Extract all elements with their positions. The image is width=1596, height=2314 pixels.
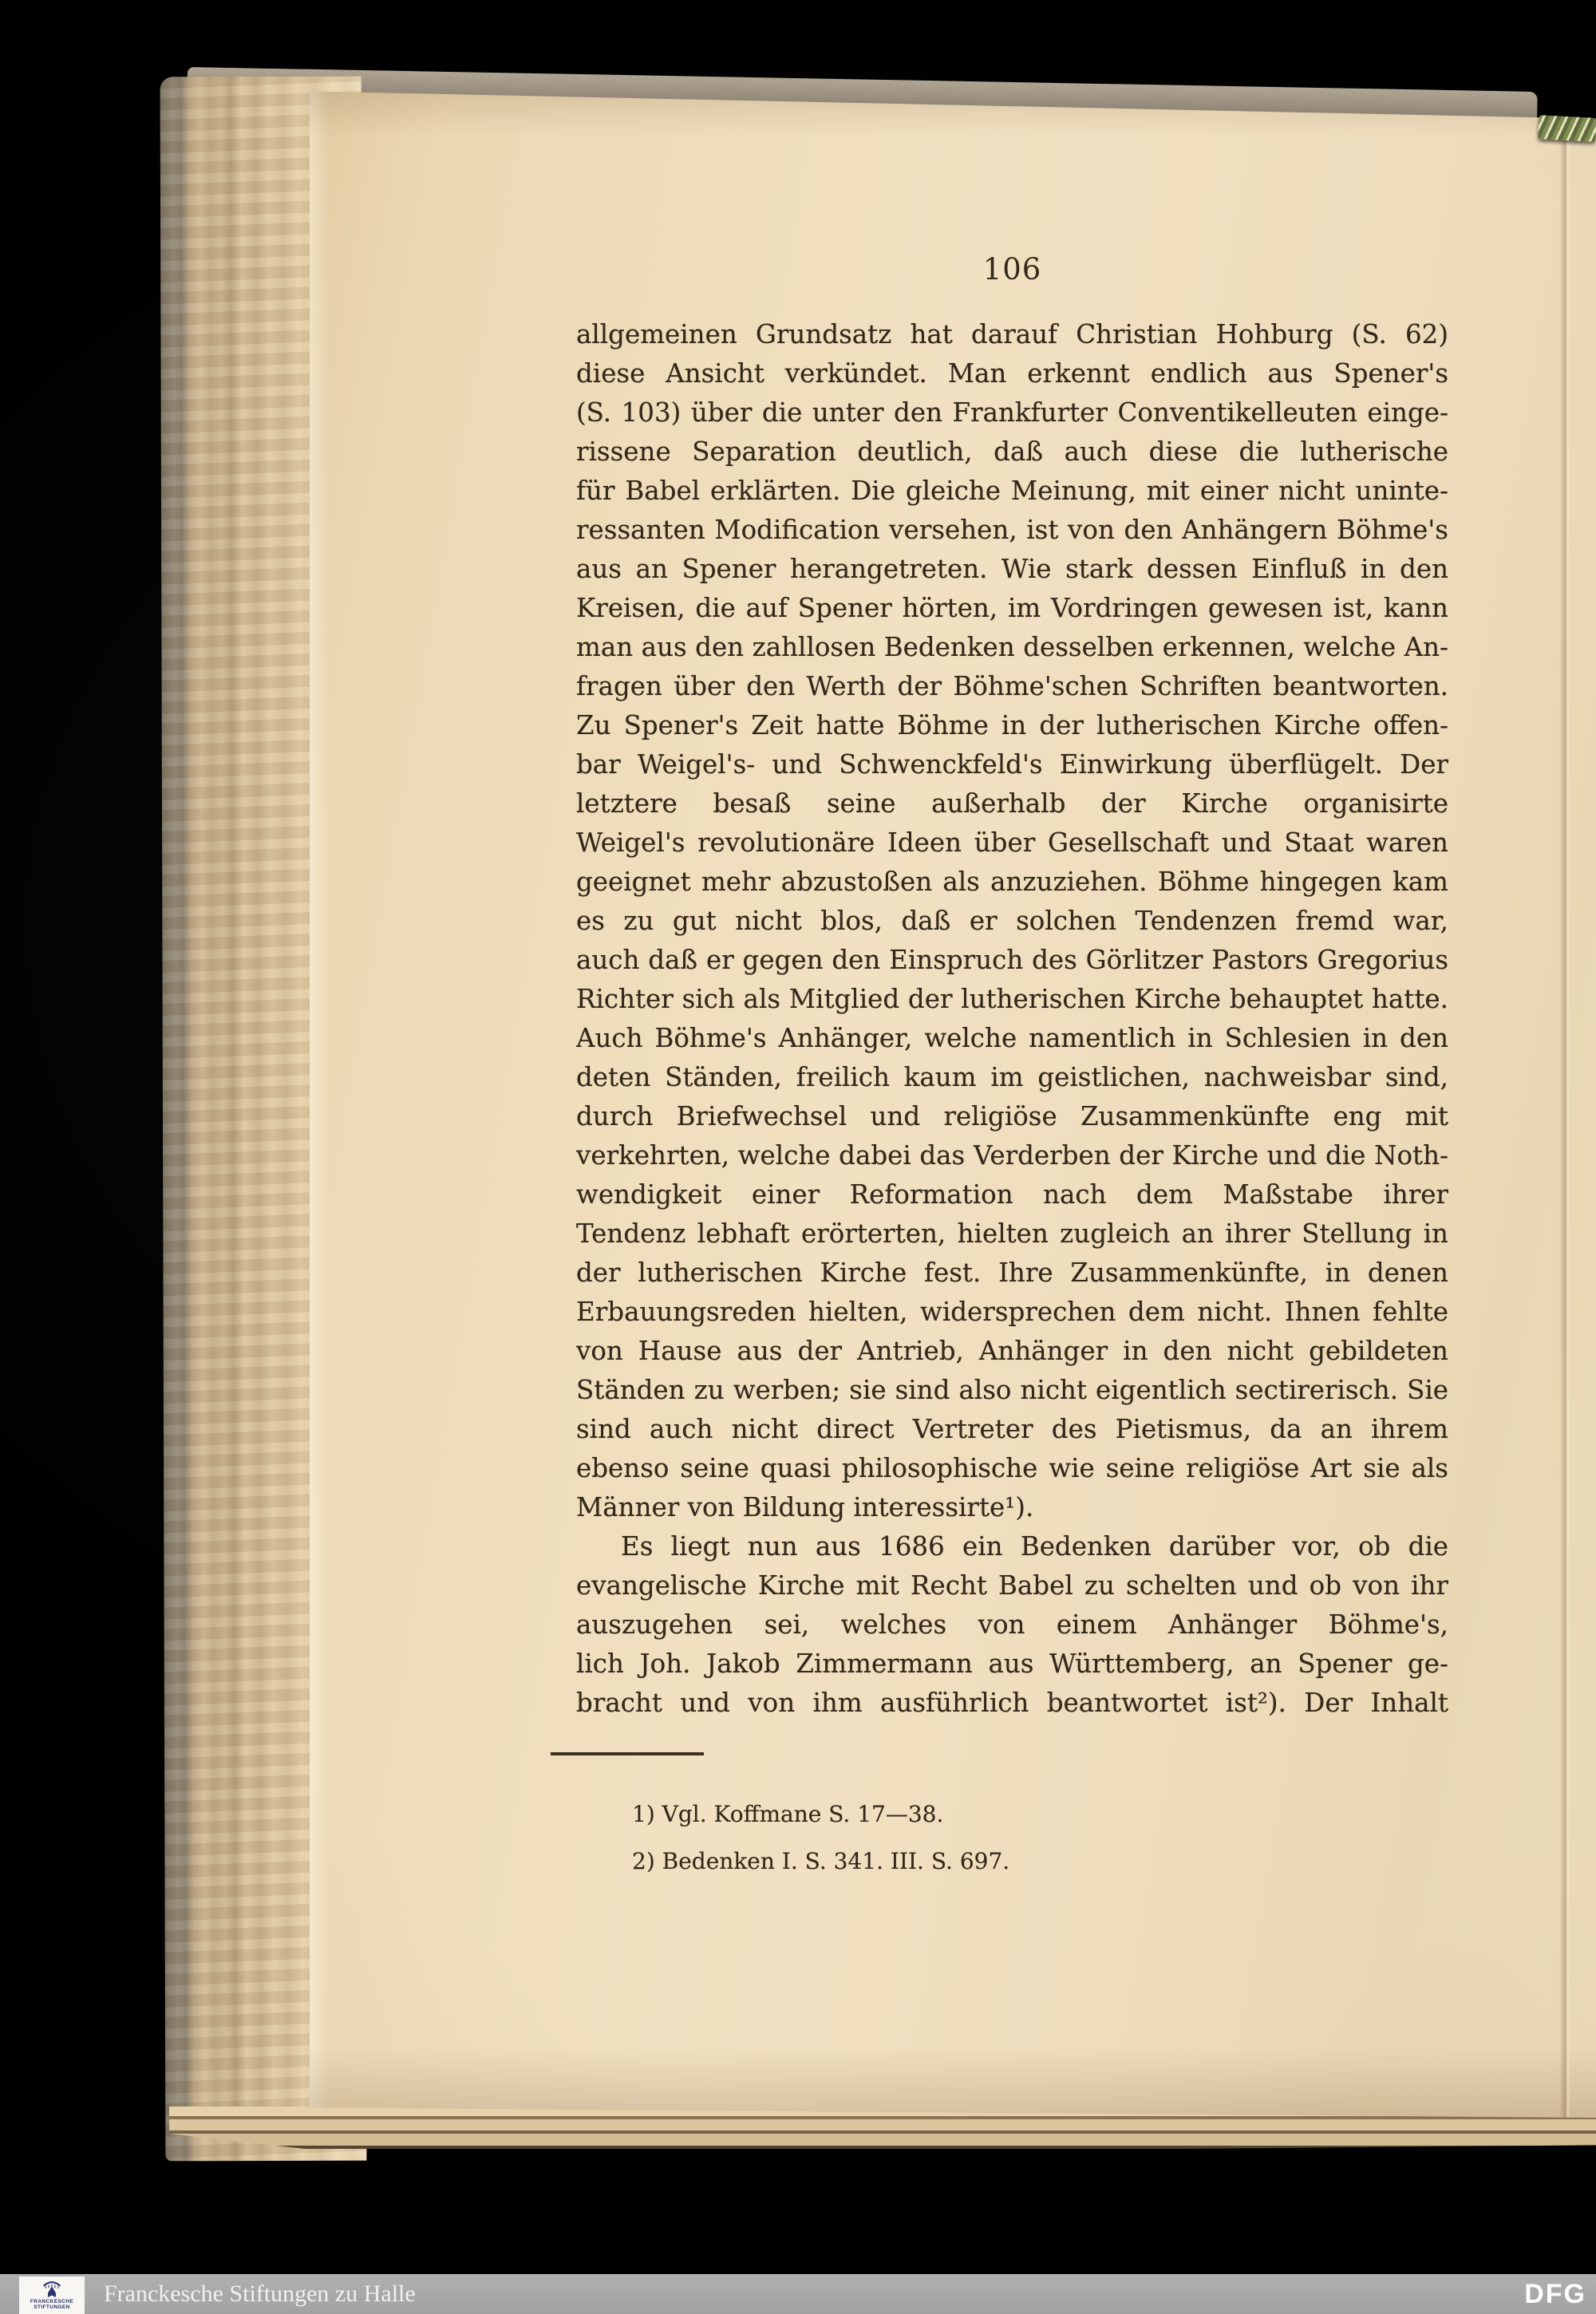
text-line: allgemeinen Grundsatz hat darauf Christi… bbox=[576, 315, 1448, 354]
institution-label: Franckesche Stiftungen zu Halle bbox=[104, 2274, 416, 2314]
text-line: von Hause aus der Antrieb, Anhänger in d… bbox=[576, 1332, 1448, 1371]
text-line: (S. 103) über die unter den Frankfurter … bbox=[576, 393, 1448, 432]
footnotes: 1) Vgl. Koffmane S. 17—38.2) Bedenken I.… bbox=[632, 1791, 1009, 1885]
text-line: Es liegt nun aus 1686 ein Bedenken darüb… bbox=[576, 1527, 1448, 1566]
text-line: durch Briefwechsel und religiöse Zusamme… bbox=[576, 1097, 1448, 1136]
text-line: für Babel erklärten. Die gleiche Meinung… bbox=[576, 472, 1448, 511]
logo-caption-line1: FRANCKESCHE bbox=[30, 2299, 73, 2304]
text-line: bar Weigel's- und Schwenckfeld's Einwirk… bbox=[576, 745, 1448, 784]
footnote-line: 1) Vgl. Koffmane S. 17—38. bbox=[632, 1791, 1009, 1838]
text-line: sind auch nicht direct Vertreter des Pie… bbox=[576, 1410, 1448, 1449]
gutter-crease bbox=[1559, 86, 1570, 2118]
text-line: es zu gut nicht blos, daß er solchen Ten… bbox=[576, 902, 1448, 941]
book-scan-photo: 106 allgemeinen Grundsatz hat darauf Chr… bbox=[0, 0, 1596, 2314]
text-line: Männer von Bildung interessirte¹). bbox=[576, 1488, 1448, 1527]
logo-caption-line2: STIFTUNGEN bbox=[30, 2304, 73, 2310]
text-line: Richter sich als Mitglied der lutherisch… bbox=[576, 980, 1448, 1019]
franckesche-eagle-icon bbox=[41, 2278, 62, 2299]
text-line: diese Ansicht verkündet. Man erkennt end… bbox=[576, 354, 1448, 393]
text-line: man aus den zahllosen Bedenken desselben… bbox=[576, 628, 1448, 667]
text-line: letztere besaß seine außerhalb der Kirch… bbox=[576, 784, 1448, 823]
book-page: 106 allgemeinen Grundsatz hat darauf Chr… bbox=[310, 86, 1596, 2118]
digitization-footer-bar: FRANCKESCHE STIFTUNGEN Franckesche Stift… bbox=[0, 2274, 1596, 2314]
book-headband bbox=[1538, 115, 1596, 142]
text-line: geeignet mehr abzustoßen als anzuziehen.… bbox=[576, 863, 1448, 902]
text-line: deten Ständen, freilich kaum im geistlic… bbox=[576, 1058, 1448, 1097]
text-line: auszugehen sei, welches von einem Anhäng… bbox=[576, 1605, 1448, 1645]
footnote-line: 2) Bedenken I. S. 341. III. S. 697. bbox=[632, 1838, 1009, 1885]
page-number: 106 bbox=[576, 252, 1448, 286]
franckesche-stiftungen-logo: FRANCKESCHE STIFTUNGEN bbox=[19, 2276, 85, 2314]
paragraph: Es liegt nun aus 1686 ein Bedenken darüb… bbox=[576, 1527, 1448, 1723]
text-line: Auch Böhme's Anhänger, welche namentlich… bbox=[576, 1019, 1448, 1058]
text-line: wendigkeit einer Reformation nach dem Ma… bbox=[576, 1175, 1448, 1214]
text-line: bracht und von ihm ausführlich beantwort… bbox=[576, 1684, 1448, 1723]
text-line: Ständen zu werben; sie sind also nicht e… bbox=[576, 1371, 1448, 1410]
paragraph: allgemeinen Grundsatz hat darauf Christi… bbox=[576, 315, 1448, 1527]
text-line: Kreisen, die auf Spener hörten, im Vordr… bbox=[576, 589, 1448, 628]
text-line: aus an Spener herangetreten. Wie stark d… bbox=[576, 550, 1448, 589]
text-line: Weigel's revolutionäre Ideen über Gesell… bbox=[576, 823, 1448, 863]
footnote-rule bbox=[551, 1752, 704, 1755]
text-line: verkehrten, welche dabei das Verderben d… bbox=[576, 1136, 1448, 1175]
text-line: Zu Spener's Zeit hatte Böhme in der luth… bbox=[576, 706, 1448, 745]
text-line: ressanten Modification versehen, ist von… bbox=[576, 511, 1448, 550]
text-line: Tendenz lebhaft erörterten, hielten zugl… bbox=[576, 1214, 1448, 1254]
text-line: evangelische Kirche mit Recht Babel zu s… bbox=[576, 1566, 1448, 1605]
body-text: allgemeinen Grundsatz hat darauf Christi… bbox=[576, 315, 1448, 1723]
text-line: ebenso seine quasi philosophische wie se… bbox=[576, 1449, 1448, 1488]
dfg-logo: DFG bbox=[1524, 2274, 1586, 2314]
text-line: rissene Separation deutlich, daß auch di… bbox=[576, 432, 1448, 472]
text-line: Erbauungsreden hielten, widersprechen de… bbox=[576, 1293, 1448, 1332]
text-line: der lutherischen Kirche fest. Ihre Zusam… bbox=[576, 1254, 1448, 1293]
text-line: auch daß er gegen den Einspruch des Görl… bbox=[576, 941, 1448, 980]
logo-caption: FRANCKESCHE STIFTUNGEN bbox=[30, 2299, 73, 2310]
text-line: fragen über den Werth der Böhme'schen Sc… bbox=[576, 667, 1448, 706]
text-line: lich Joh. Jakob Zimmermann aus Württembe… bbox=[576, 1645, 1448, 1684]
